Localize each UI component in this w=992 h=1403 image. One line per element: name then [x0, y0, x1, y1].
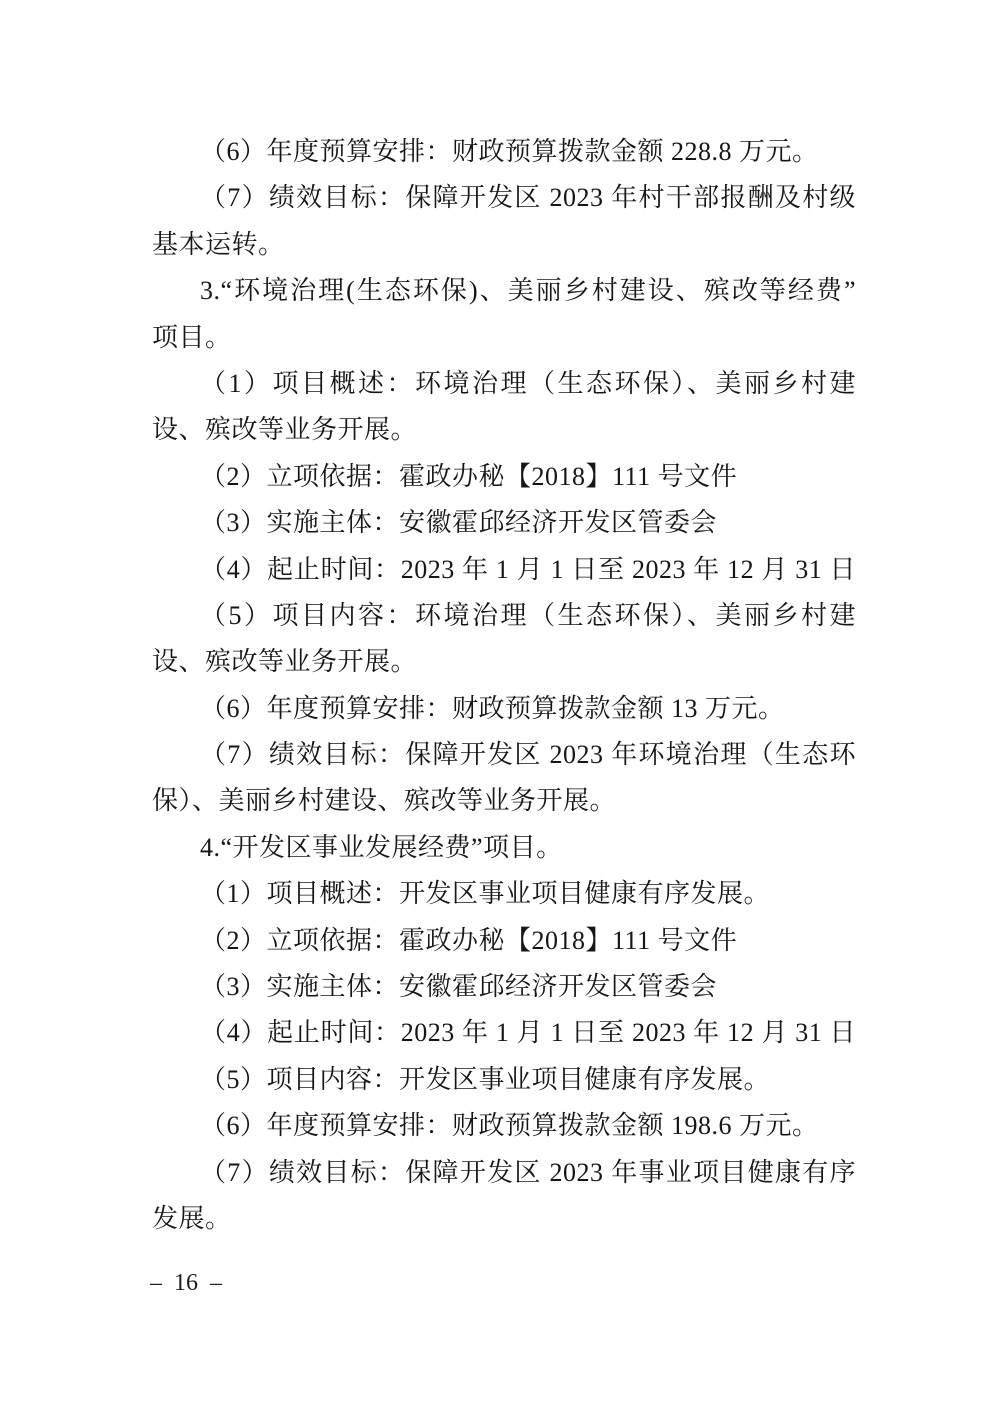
- text-line: （1）项目概述：开发区事业项目健康有序发展。: [152, 871, 856, 917]
- document-page: （6）年度预算安排：财政预算拨款金额 228.8 万元。（7）绩效目标：保障开发…: [0, 0, 992, 1403]
- text-line: （3）实施主体：安徽霍邱经济开发区管委会: [152, 500, 856, 546]
- text-line: （7）绩效目标：保障开发区 2023 年环境治理（生态环: [152, 732, 856, 778]
- text-line: （3）实施主体：安徽霍邱经济开发区管委会: [152, 964, 856, 1010]
- text-line: （2）立项依据：霍政办秘【2018】111 号文件: [152, 918, 856, 964]
- text-line: 设、殡改等业务开展。: [152, 639, 856, 685]
- text-line: （7）绩效目标：保障开发区 2023 年事业项目健康有序: [152, 1150, 856, 1196]
- text-line: 设、殡改等业务开展。: [152, 407, 856, 453]
- text-line: （4）起止时间：2023 年 1 月 1 日至 2023 年 12 月 31 日: [152, 547, 856, 593]
- text-line: （6）年度预算安排：财政预算拨款金额 198.6 万元。: [152, 1103, 856, 1149]
- text-line: 基本运转。: [152, 222, 856, 268]
- text-line: 3.“环境治理(生态环保)、美丽乡村建设、殡改等经费”: [152, 268, 856, 314]
- page-number: – 16 –: [150, 1268, 222, 1298]
- text-line: （6）年度预算安排：财政预算拨款金额 228.8 万元。: [152, 129, 856, 175]
- text-line: 4.“开发区事业发展经费”项目。: [152, 825, 856, 871]
- text-line: （7）绩效目标：保障开发区 2023 年村干部报酬及村级: [152, 175, 856, 221]
- text-line: （2）立项依据：霍政办秘【2018】111 号文件: [152, 454, 856, 500]
- text-line: （5）项目内容：环境治理（生态环保）、美丽乡村建: [152, 593, 856, 639]
- text-line: 保）、美丽乡村建设、殡改等业务开展。: [152, 778, 856, 824]
- text-line: 项目。: [152, 315, 856, 361]
- text-line: （6）年度预算安排：财政预算拨款金额 13 万元。: [152, 686, 856, 732]
- text-line: （1）项目概述：环境治理（生态环保）、美丽乡村建: [152, 361, 856, 407]
- text-line: 发展。: [152, 1196, 856, 1242]
- document-body: （6）年度预算安排：财政预算拨款金额 228.8 万元。（7）绩效目标：保障开发…: [152, 129, 856, 1242]
- text-line: （5）项目内容：开发区事业项目健康有序发展。: [152, 1057, 856, 1103]
- text-line: （4）起止时间：2023 年 1 月 1 日至 2023 年 12 月 31 日: [152, 1010, 856, 1056]
